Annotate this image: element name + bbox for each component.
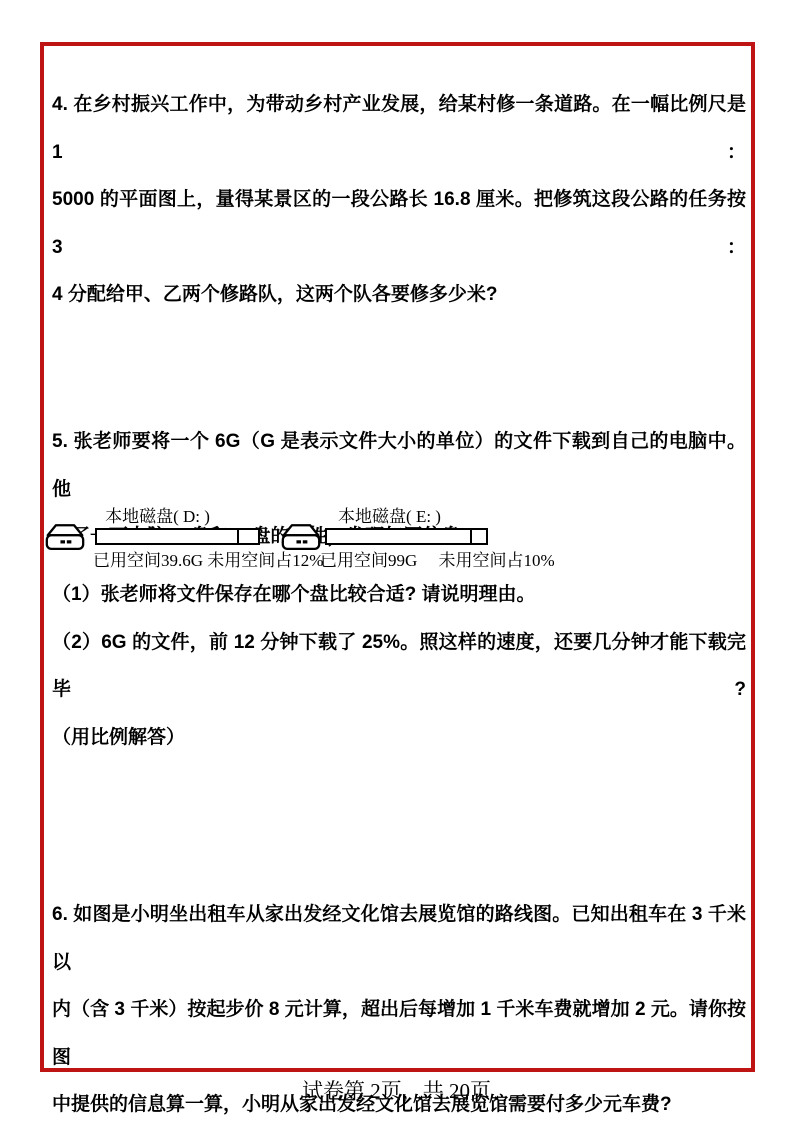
disk-drive-icon [281, 523, 321, 553]
problem-4-line-3: 4 分配给甲、乙两个修路队，这两个队各要修多少米? [52, 271, 746, 319]
problem-5-line-1: 5. 张老师要将一个 6G（G 是表示文件大小的单位）的文件下载到自己的电脑中。… [52, 418, 746, 513]
disk-drive-icon [45, 523, 85, 553]
exam-page: 4. 在乡村振兴工作中，为带动乡村产业发展，给某村修一条道路。在一幅比例尺是 1… [0, 0, 793, 1122]
problem-6-line-1: 6. 如图是小明坐出租车从家出发经文化馆去展览馆的路线图。已知出租车在 3 千米… [52, 891, 746, 986]
disk-d-usage-divider [237, 530, 239, 543]
disk-e-usage-label: 已用空间99G 未用空间占10% [320, 546, 555, 571]
disk-e-usage-bar [325, 528, 488, 545]
problem-5-question-2-note: （用比例解答） [52, 714, 746, 762]
problem-4: 4. 在乡村振兴工作中，为带动乡村产业发展，给某村修一条道路。在一幅比例尺是 1… [52, 81, 746, 319]
page-number-footer: 试卷第 2页，共 20页 [0, 1075, 793, 1105]
disk-e-title: 本地磁盘( E: ) [308, 502, 471, 527]
disk-d-title: 本地磁盘( D: ) [75, 502, 240, 527]
problem-6-line-2: 内（含 3 千米）按起步价 8 元计算，超出后每增加 1 千米车费就增加 2 元… [52, 986, 746, 1081]
problem-5-question-1: （1）张老师将文件保存在哪个盘比较合适? 请说明理由。 [52, 571, 746, 619]
problem-4-line-2: 5000 的平面图上，量得某景区的一段公路长 16.8 厘米。把修筑这段公路的任… [52, 176, 746, 271]
problem-4-line-1: 4. 在乡村振兴工作中，为带动乡村产业发展，给某村修一条道路。在一幅比例尺是 1… [52, 81, 746, 176]
disk-e-usage-divider [470, 530, 472, 543]
disk-d-usage-bar [95, 528, 260, 545]
problem-5-sub-questions: （1）张老师将文件保存在哪个盘比较合适? 请说明理由。 （2）6G 的文件，前 … [52, 571, 746, 761]
problem-5-question-2: （2）6G 的文件，前 12 分钟下载了 25%。照这样的速度，还要几分钟才能下… [52, 619, 746, 714]
